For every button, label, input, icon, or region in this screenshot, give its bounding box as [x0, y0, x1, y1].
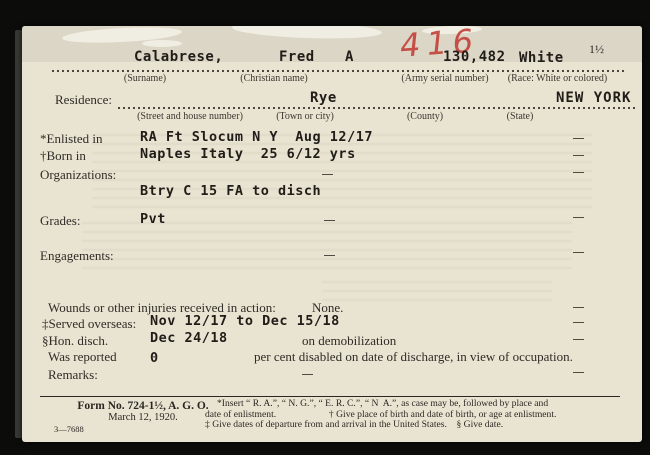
blank-dash: [573, 172, 584, 173]
organizations-label: Organizations:: [40, 167, 116, 183]
blank-dash: [573, 322, 584, 323]
county-label: (County): [375, 111, 475, 122]
ink-bleed-through: [82, 222, 572, 274]
service-record-card: 416 1½ Calabrese, Fred A 130,482 White (…: [22, 26, 642, 442]
print-code: 3—7688: [54, 424, 84, 434]
blank-dash: [573, 339, 584, 340]
blank-dash: [573, 307, 584, 308]
hon-disch-value: Dec 24/18: [150, 330, 228, 346]
christian-name-label: (Christian name): [204, 73, 344, 84]
blank-dash: [322, 174, 333, 175]
blank-dash: [324, 220, 335, 221]
grades-label: Grades:: [40, 213, 80, 229]
enlisted-value: RA Ft Slocum N Y Aug 12/17: [140, 129, 373, 145]
footer-note-line1: *Insert “ R. A.”, “ N. G.”, “ E. R. C.”,…: [205, 399, 635, 410]
remarks-label: Remarks:: [48, 367, 98, 383]
race-label: (Race: White or colored): [480, 73, 635, 84]
engagements-label: Engagements:: [40, 248, 114, 264]
grades-value: Pvt: [140, 211, 166, 227]
blank-dash: [302, 374, 313, 375]
serial-number-value: 130,482: [443, 49, 506, 65]
organizations-value: Btry C 15 FA to disch: [140, 183, 321, 199]
hon-disch-label: §Hon. disch.: [42, 333, 108, 349]
town-label: (Town or city): [245, 111, 365, 122]
blank-dash: [573, 155, 584, 156]
footer-rule: [40, 396, 620, 397]
middle-initial-value: A: [345, 49, 354, 65]
hon-disch-suffix: on demobilization: [302, 333, 396, 349]
surname-label: (Surname): [95, 73, 195, 84]
paper-tear: [142, 40, 182, 47]
paper-tear: [232, 26, 382, 41]
state-label: (State): [480, 111, 560, 122]
was-reported-label: Was reported: [48, 349, 117, 365]
footer-note-line3: ‡ Give dates of departure from and arriv…: [205, 420, 635, 431]
blank-dash: [573, 138, 584, 139]
blank-dash: [573, 372, 584, 373]
blank-dash: [573, 252, 584, 253]
surname-value: Calabrese,: [134, 49, 223, 65]
ink-bleed-through: [322, 281, 552, 301]
served-overseas-label: ‡Served overseas:: [42, 316, 136, 332]
was-reported-value: 0: [150, 350, 159, 366]
page-number: 1½: [589, 42, 604, 57]
first-name-value: Fred: [279, 49, 315, 65]
residence-rule-line: [118, 107, 638, 109]
footer-notes: *Insert “ R. A.”, “ N. G.”, “ E. R. C.”,…: [205, 399, 635, 431]
blank-dash: [324, 255, 335, 256]
residence-state-value: NEW YORK: [556, 90, 631, 106]
blank-dash: [573, 217, 584, 218]
served-overseas-value: Nov 12/17 to Dec 15/18: [150, 313, 340, 329]
residence-label: Residence:: [55, 92, 112, 108]
born-value: Naples Italy 25 6/12 yrs: [140, 146, 356, 162]
enlisted-label: *Enlisted in: [40, 131, 102, 147]
residence-town-value: Rye: [310, 90, 337, 106]
race-value: White: [519, 50, 564, 66]
name-rule-line: [52, 70, 624, 72]
was-reported-suffix: per cent disabled on date of discharge, …: [254, 349, 573, 365]
born-label: †Born in: [40, 148, 86, 164]
